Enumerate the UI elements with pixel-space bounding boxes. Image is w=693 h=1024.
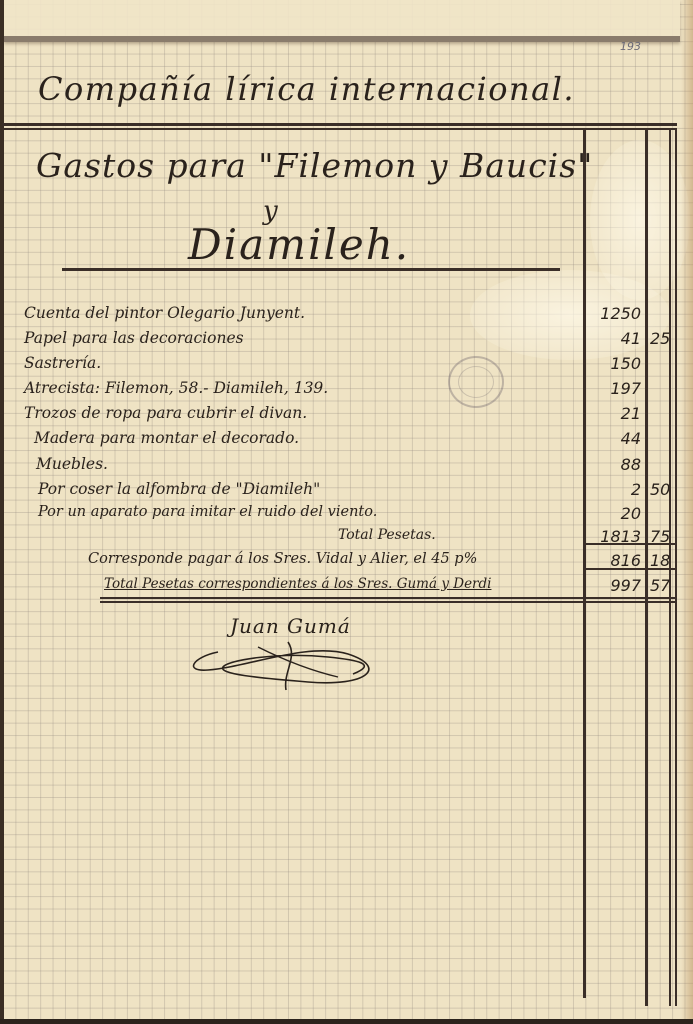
expense-description: Sastrería. xyxy=(24,354,101,372)
expense-centimos: 25 xyxy=(650,329,672,348)
signature-flourish xyxy=(188,612,388,697)
share-vidal-alier-label: Corresponde pagar á los Sres. Vidal y Al… xyxy=(88,551,477,567)
total-pesetas: 1813 xyxy=(581,527,641,546)
right-double-line-outer xyxy=(675,128,677,1006)
expense-pesetas: 44 xyxy=(581,429,641,448)
expense-pesetas: 21 xyxy=(581,404,641,423)
expense-pesetas: 1250 xyxy=(581,304,641,323)
expense-description: Cuenta del pintor Olegario Junyent. xyxy=(24,304,305,322)
share-guma-derdi-pesetas: 997 xyxy=(581,576,641,595)
expense-pesetas: 150 xyxy=(581,354,641,373)
expense-centimos: 50 xyxy=(650,480,672,499)
expense-pesetas: 88 xyxy=(581,455,641,474)
expense-description: Por un aparato para imitar el ruido del … xyxy=(38,504,377,520)
total-label: Total Pesetas. xyxy=(338,527,436,543)
header-rule-bottom xyxy=(2,128,677,130)
expense-description: Madera para montar el decorado. xyxy=(34,429,299,447)
total-centimos: 75 xyxy=(650,527,672,546)
expense-description: Muebles. xyxy=(36,455,108,473)
share-guma-derdi-label: Total Pesetas correspondientes á los Sre… xyxy=(104,576,491,592)
expense-pesetas: 41 xyxy=(581,329,641,348)
page-left-edge xyxy=(0,0,4,1024)
expense-pesetas: 20 xyxy=(581,504,641,523)
archive-stamp xyxy=(448,356,504,408)
share-guma-derdi-centimos: 57 xyxy=(650,576,672,595)
title-underline xyxy=(62,268,560,271)
expense-description: Papel para las decoraciones xyxy=(24,329,244,347)
attached-paper-strip xyxy=(4,0,680,42)
expense-description: Atrecista: Filemon, 58.- Diamileh, 139. xyxy=(24,379,328,397)
folio-number: 193 xyxy=(620,40,641,53)
header-rule-top xyxy=(2,123,677,126)
final-rule-bottom xyxy=(100,601,677,603)
company-heading: Compañía lírica internacional. xyxy=(38,70,575,108)
page-right-edge xyxy=(681,0,693,1024)
ledger-page: 193 Compañía lírica internacional. Gasto… xyxy=(0,0,693,1024)
title-line-2: Diamileh. xyxy=(188,220,410,269)
share-rule xyxy=(585,568,677,570)
expense-description: Trozos de ropa para cubrir el divan. xyxy=(24,404,307,422)
title-line-1: Gastos para "Filemon y Baucis" xyxy=(36,146,593,185)
page-bottom-edge xyxy=(0,1019,693,1024)
expense-pesetas: 197 xyxy=(581,379,641,398)
expense-description: Por coser la alfombra de "Diamileh" xyxy=(38,480,320,498)
centimos-divider-line xyxy=(645,128,648,1006)
final-rule-top xyxy=(100,597,677,599)
expense-pesetas: 2 xyxy=(581,480,641,499)
